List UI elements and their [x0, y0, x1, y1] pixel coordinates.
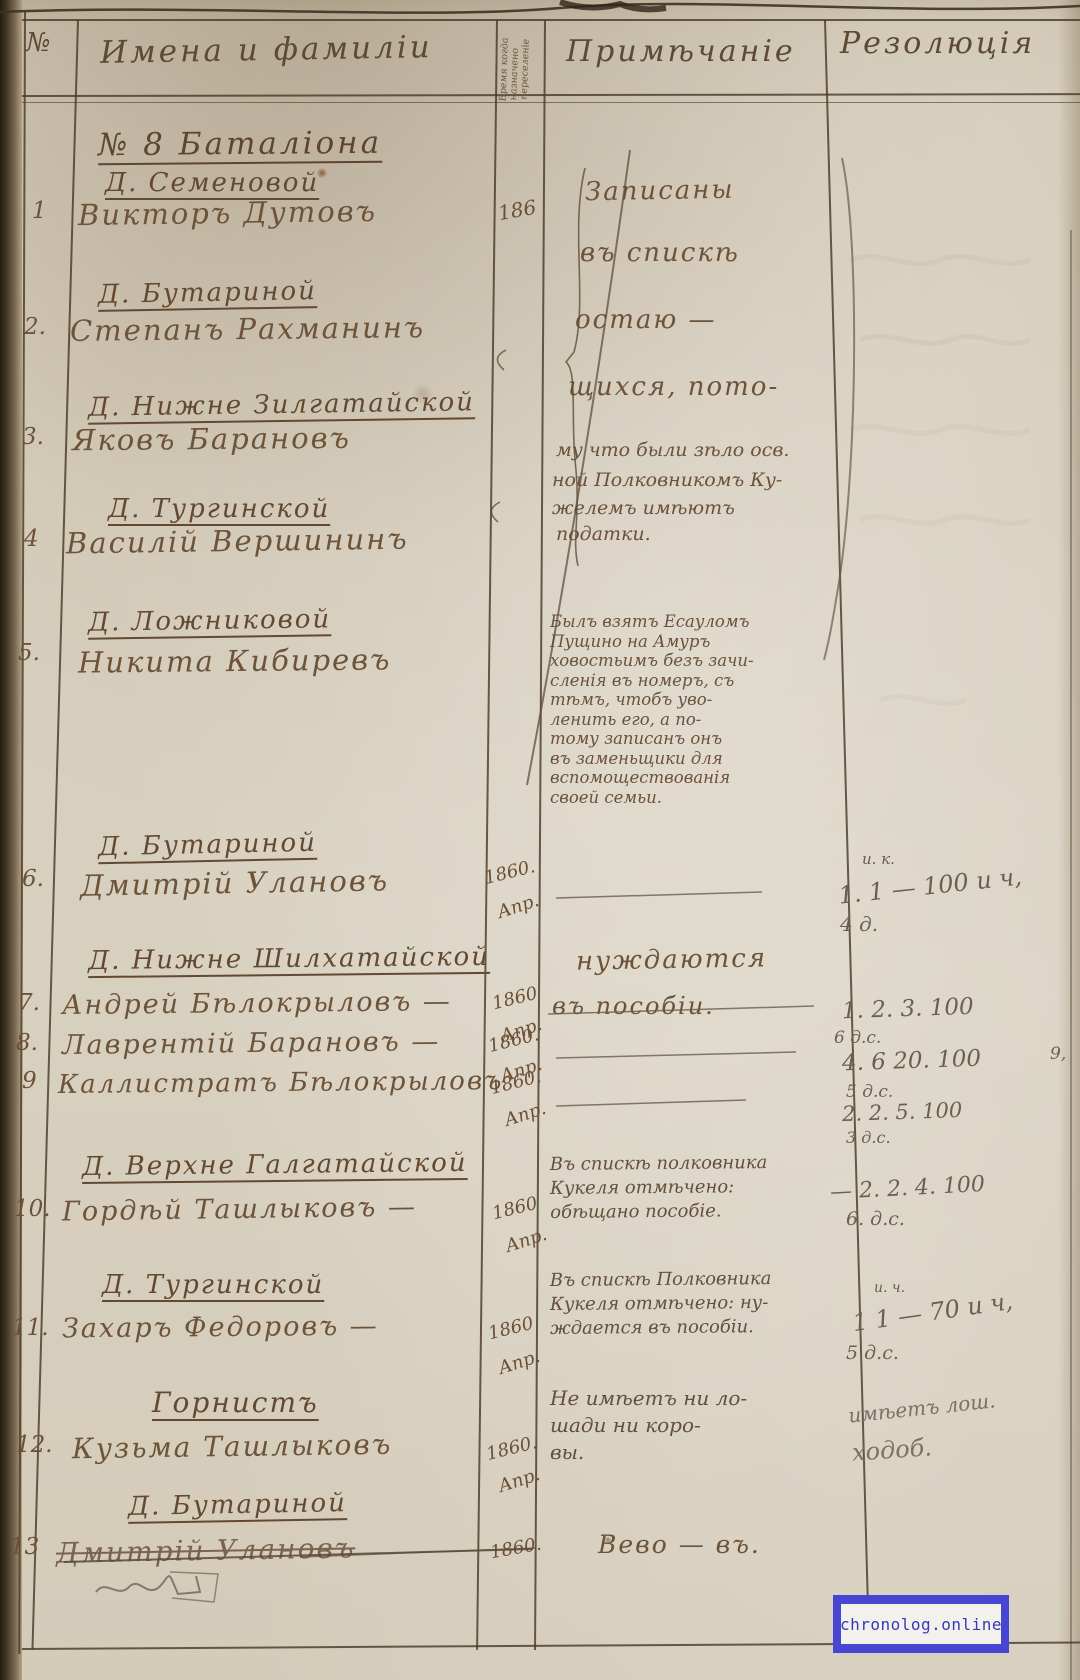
row-number: 13 [10, 1534, 39, 1560]
column-header-no: № [26, 28, 54, 58]
margin-mark: 9, [1050, 1044, 1066, 1064]
row-number: 9 [22, 1068, 37, 1094]
watermark-inner: chronolog.online [841, 1604, 1001, 1644]
resolution-entry: 5 д.с. [846, 1342, 899, 1364]
village-header: Горнистъ [152, 1386, 319, 1419]
column-header-names: Имена и фамиліи [100, 29, 433, 71]
row-number: 7. [18, 990, 40, 1016]
person-name: Яковъ Барановъ [72, 421, 351, 457]
group-note-line: щихся, пото- [568, 372, 779, 402]
village-header: Д. Ложниковой [88, 604, 332, 637]
person-name: Андрей Бѣлокрыловъ — [62, 986, 452, 1021]
village-header: Д. Бутариной [128, 1488, 347, 1522]
row-note: Не имѣетъ ни ло- шади ни коро- вы. [550, 1385, 747, 1466]
row-note: Вево — въ. [598, 1530, 761, 1559]
table-top-line [22, 19, 1080, 21]
row-number: 5. [18, 640, 40, 666]
village-header: Д. Бутариной [98, 276, 317, 310]
resolution-superscript: и. к. [862, 850, 895, 868]
person-name: Захаръ Федоровъ — [62, 1311, 379, 1345]
village-header: Д. Верхне Галгатайской [82, 1148, 468, 1182]
resolution-entry: 4 д. [840, 912, 878, 936]
group-note-line: Записаны [585, 175, 735, 208]
page-right-shade [1058, 0, 1080, 1680]
column-header-transfer-date: Время когда назначено переселеніе [499, 22, 546, 101]
row-note: Въ спискѣ Полковника Кукеля отмѣчено: ну… [550, 1267, 772, 1341]
row-note: нуждаются [576, 943, 768, 976]
village-header: Д. Бутариной [98, 828, 318, 863]
row-number: 12. [16, 1432, 53, 1458]
row-note: Въ спискѣ полковника Кукеля отмѣчено: об… [550, 1151, 768, 1225]
village-header: Д. Тургинской [108, 494, 330, 524]
row-number: 2. [24, 314, 46, 340]
group-note-line: остаю — [575, 305, 717, 335]
person-name: Кузьма Ташлыковъ [72, 1428, 393, 1465]
group-note-line: въ спискѣ [580, 238, 740, 268]
resolution-entry: 6. д.с. [846, 1208, 905, 1230]
group-note-line: податки. [556, 524, 651, 544]
watermark-badge: chronolog.online [833, 1595, 1009, 1653]
resolution-superscript: и. ч. [874, 1280, 905, 1296]
group-note-line: ной Полковникомъ Ку- [552, 470, 782, 490]
row-number: 10. [14, 1196, 51, 1222]
person-name: Дмитрій Улановъ [80, 863, 390, 902]
section-title: № 8 Баталіона [98, 125, 382, 163]
person-name: Василій Вершининъ [66, 522, 409, 561]
person-name-crossed-out: Дмитрій Улановъ [56, 1531, 356, 1569]
resolution-entry: 2. 2. 5. 100 [842, 1098, 963, 1126]
person-name: Гордѣй Ташлыковъ — [62, 1192, 417, 1228]
person-name: Степанъ Рахманинъ [70, 310, 426, 348]
row-number: 4 [24, 526, 39, 552]
village-header: Д. Семеновой [105, 168, 319, 198]
column-header-note: Примѣчаніе [566, 34, 796, 69]
person-name: Каллистратъ Бѣлокрыловъ [58, 1066, 504, 1100]
resolution-entry: 4. 6 20. 100 [842, 1046, 982, 1077]
page-right-edge-line [1070, 230, 1072, 1680]
person-name: Никита Кибиревъ [78, 642, 392, 679]
row-number: 1 [32, 198, 47, 224]
person-name: Лаврентій Барановъ — [62, 1026, 441, 1061]
row-number: 8. [16, 1030, 38, 1056]
group-note-line: му что были зѣло осв. [556, 440, 789, 460]
column-header-resolution: Резолюція [840, 26, 1035, 61]
resolution-entry: 5 д.с. [846, 1082, 893, 1102]
resolution-entry: 3 д.с. [846, 1128, 891, 1147]
village-header: Д. Тургинской [102, 1270, 324, 1300]
row-note: въ пособіи. [552, 992, 715, 1020]
header-bottom-line-2 [22, 102, 1080, 103]
village-header: Д. Нижне Зилгатайской [88, 387, 475, 422]
row-number: 11. [12, 1315, 49, 1341]
group-note-line: желемъ имѣютъ [552, 498, 735, 518]
village-header: Д. Нижне Шилхатайской [88, 942, 490, 976]
watermark-text: chronolog.online [840, 1615, 1002, 1634]
resolution-entry: 6 д.с. [834, 1028, 881, 1048]
row-note: Былъ взятъ Есауломъ Пущино на Амуръ хово… [550, 612, 754, 807]
row-number: 3. [22, 424, 44, 450]
row-number: 6. [22, 866, 44, 892]
person-name: Викторъ Дутовъ [78, 194, 377, 232]
resolution-pencil-scrawl: ходоб. [851, 1433, 933, 1467]
resolution-entry: 1. 2. 3. 100 [842, 994, 974, 1025]
